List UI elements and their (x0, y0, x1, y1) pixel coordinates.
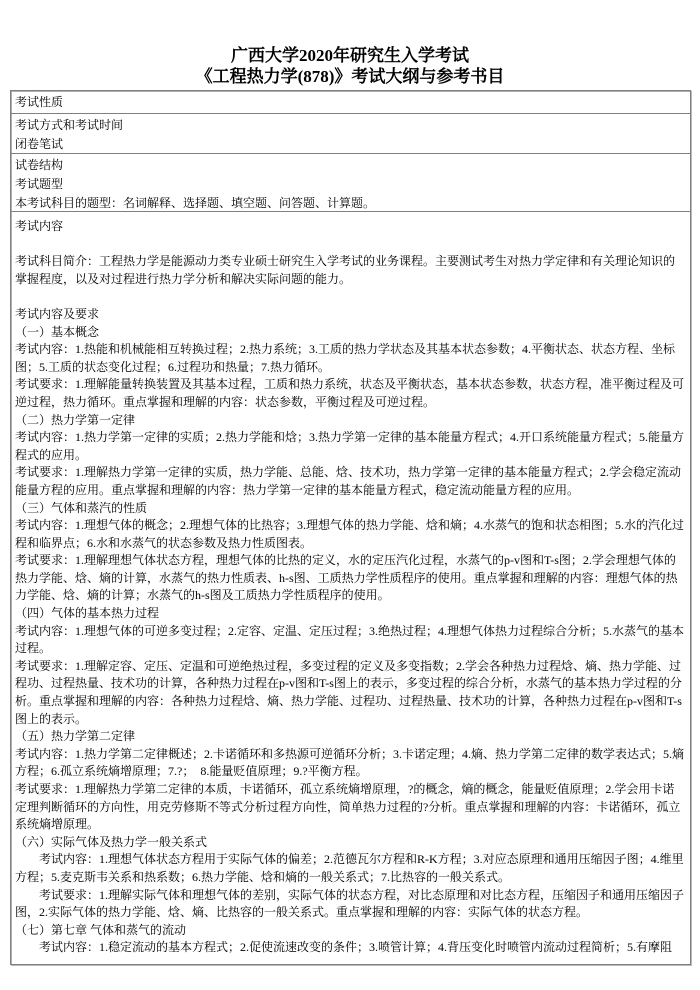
section-3-content: 考试内容：1.理想气体的概念；2.理想气体的比热容；3.理想气体的热力学能、焓和… (15, 517, 686, 552)
table-row-exam-nature: 考试性质 (11, 91, 690, 114)
section-6-title: （六）实际气体及热力学一般关系式 (15, 834, 686, 852)
question-types-label: 考试题型 (15, 175, 686, 194)
course-intro-paragraph: 考试科目简介：工程热力学是能源动力类专业硕士研究生入学考试的业务课程。主要测试考… (15, 253, 686, 288)
section-2-requirements: 考试要求：1.理解热力学第一定律的实质，热力学能、总能、焓、技术功，热力学第一定… (15, 464, 686, 499)
title-line-1: 广西大学2020年研究生入学考试 (231, 46, 469, 65)
section-5-requirements: 考试要求：1.理解热力学第二定律的本质，卡诺循环，孤立系统熵增原理，?的概念，熵… (15, 781, 686, 834)
section-2-content: 考试内容：1.热力学第一定律的实质；2.热力学能和焓；3.热力学第一定律的基本能… (15, 429, 686, 464)
exam-nature-label: 考试性质 (15, 93, 686, 112)
page-title: 广西大学2020年研究生入学考试 《工程热力学(878)》考试大纲与参考书目 (0, 0, 700, 87)
section-6-content: 考试内容：1.理想气体状态方程用于实际气体的偏差；2.范德瓦尔方程和R-K方程；… (15, 851, 686, 886)
blank-line (15, 288, 686, 306)
section-3-requirements: 考试要求：1.理解理想气体状态方程，理想气体的比热的定义，水的定压汽化过程，水蒸… (15, 552, 686, 605)
section-1-title: （一）基本概念 (15, 324, 686, 342)
section-5-title: （五）热力学第二定律 (15, 728, 686, 746)
outline-heading: 考试内容及要求 (15, 306, 686, 324)
section-4-content: 考试内容：1.理想气体的可逆多变过程；2.定容、定温、定压过程；3.绝热过程；4… (15, 623, 686, 658)
section-6-requirements: 考试要求：1.理解实际气体和理想气体的差别，实际气体的状态方程，对比态原理和对比… (15, 887, 686, 922)
section-1-content: 考试内容：1.热能和机械能相互转换过程；2.热力系统；3.工质的热力学状态及其基… (15, 341, 686, 376)
table-row-exam-content: 考试内容 考试科目简介：工程热力学是能源动力类专业硕士研究生入学考试的业务课程。… (11, 212, 690, 964)
question-types-value: 本考试科目的题型：名词解释、选择题、填空题、问答题、计算题。 (15, 194, 686, 212)
table-row-exam-method: 考试方式和考试时间 闭卷笔试 (11, 114, 690, 154)
section-4-title: （四）气体的基本热力过程 (15, 605, 686, 623)
syllabus-table: 考试性质 考试方式和考试时间 闭卷笔试 试卷结构 考试题型 本考试科目的题型：名… (10, 90, 691, 965)
table-row-paper-structure: 试卷结构 考试题型 本考试科目的题型：名词解释、选择题、填空题、问答题、计算题。 (11, 154, 690, 212)
section-4-requirements: 考试要求：1.理解定容、定压、定温和可逆绝热过程，多变过程的定义及多变指数；2.… (15, 658, 686, 728)
paper-structure-label: 试卷结构 (15, 156, 686, 175)
section-2-title: （二）热力学第一定律 (15, 412, 686, 430)
exam-method-value: 闭卷笔试 (15, 135, 686, 154)
section-3-title: （三）气体和蒸汽的性质 (15, 500, 686, 518)
section-7-content: 考试内容：1.稳定流动的基本方程式；2.促使流速改变的条件；3.喷管计算；4.背… (15, 939, 686, 957)
section-5-content: 考试内容：1.热力学第二定律概述；2.卡诺循环和多热源可逆循环分析；3.卡诺定理… (15, 746, 686, 781)
section-1-requirements: 考试要求：1.理解能量转换装置及其基本过程，工质和热力系统，状态及平衡状态，基本… (15, 376, 686, 411)
exam-content-heading: 考试内容 (15, 218, 686, 236)
blank-line (15, 236, 686, 254)
document-page: 广西大学2020年研究生入学考试 《工程热力学(878)》考试大纲与参考书目 考… (0, 0, 700, 990)
exam-method-label: 考试方式和考试时间 (15, 116, 686, 135)
title-line-2: 《工程热力学(878)》考试大纲与参考书目 (196, 67, 505, 86)
section-7-title: （七）第七章 气体和蒸气的流动 (15, 922, 686, 940)
